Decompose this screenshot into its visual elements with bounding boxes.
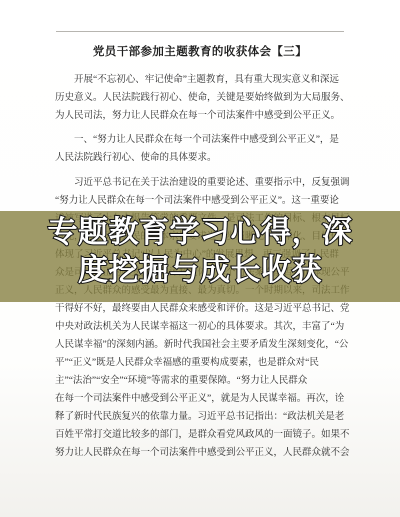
body-line: 为人民司法，努力让人民群众在每一个司法案件中感受到公平正义。 [55, 107, 355, 125]
body-line: 人民法院践行初心、使命的具体要求。 [55, 149, 355, 167]
body-line: 人民谋幸福”的深刻内涵。新时代我国社会主要矛盾发生深刻变化，“公 [55, 336, 355, 354]
body-line: 历史意义。人民法院践行初心、使命，关键是要始终做到为大局服务、 [55, 89, 355, 107]
body-line: 努力让人民群众在每一个司法案件中感受到公平正义，人民群众就不会 [55, 444, 355, 462]
body-line: 开展“不忘初心、牢记使命”主题教育，具有重大现实意义和深远 [55, 71, 355, 89]
headline-overlay-title: 专题教育学习心得，深 度挖掘与成长收获 [0, 214, 400, 290]
body-line: 平”“正义”既是人民群众幸福感的重要构成要素，也是群众对“民 [55, 354, 355, 372]
body-line: 百姓平常打交道比较多的部门，是群众看党风政风的一面镜子。如果不 [55, 426, 355, 444]
document-page: 党员干部参加主题教育的收获体会【三】 开展“不忘初心、牢记使命”主题教育，具有重… [0, 0, 400, 517]
headline-line: 专题教育学习心得，深 [0, 214, 400, 252]
body-line: 一、“努力让人民群众在每一个司法案件中感受到公平正义”，是 [55, 131, 355, 149]
body-line: 在每一个司法案件中感受到公平正义”，就是为人民谋幸福。再次，诠 [55, 390, 355, 408]
document-title: 党员干部参加主题教育的收获体会【三】 [0, 44, 400, 60]
body-line: “努力让人民群众在每一个司法案件中感受到公平正义”。这一重要论 [55, 192, 355, 210]
headline-line: 度挖掘与成长收获 [0, 252, 400, 290]
body-line: 主”“法治”“安全”“环境”等需求的重要保障。“努力让人民群众 [55, 372, 355, 390]
body-line: 释了新时代民族复兴的依靠力量。习近平总书记指出：“政法机关是老 [55, 408, 355, 426]
title-divider [56, 31, 344, 32]
body-line: 习近平总书记在关于法治建设的重要论述、重要指示中，反复强调 [55, 174, 355, 192]
body-line: 中央对政法机关为人民谋幸福这一初心的具体要求。其次，丰富了“为 [55, 318, 355, 336]
body-line: 干得好不好，最终要由人民群众来感受和评价。这是习近平总书记、党 [55, 300, 355, 318]
